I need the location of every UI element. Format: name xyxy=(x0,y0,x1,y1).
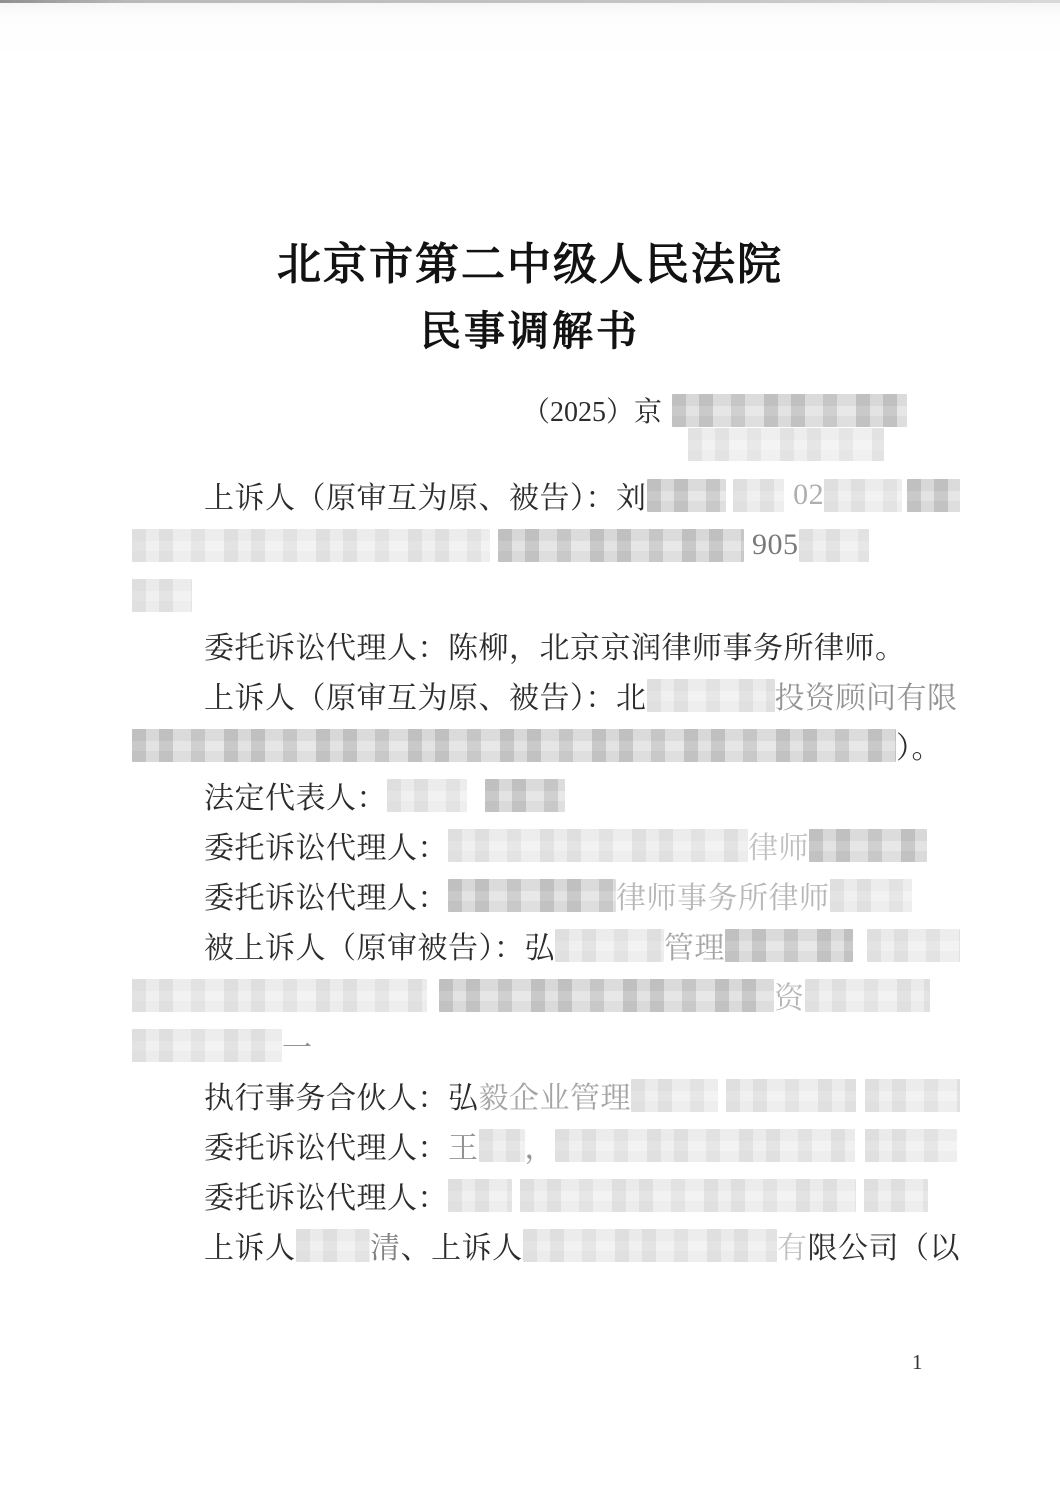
faint-text-fragment: 02 xyxy=(793,478,824,512)
text-segment: 法定代表人： xyxy=(204,773,387,817)
redacted-text-block xyxy=(439,979,774,1012)
text-segment: 、上诉人 xyxy=(401,1223,523,1267)
document-line: 资 xyxy=(132,970,960,1020)
text-segment: 上诉人（原审互为原、被告）：刘 xyxy=(204,473,647,517)
redacted-text-block xyxy=(387,779,467,812)
spacer xyxy=(856,1095,865,1096)
redacted-text-block xyxy=(865,1079,960,1112)
faint-text-fragment: 资 xyxy=(774,973,805,1017)
redacted-text-block xyxy=(647,479,727,512)
document-line: ）。 xyxy=(132,720,960,770)
redacted-text-block xyxy=(799,529,869,562)
text-segment: 上诉人 xyxy=(204,1223,296,1267)
redacted-text-block xyxy=(805,979,930,1012)
redacted-text-block xyxy=(132,1029,282,1062)
document-type-title: 民事调解书 xyxy=(0,298,1060,357)
spacer xyxy=(744,545,752,546)
redacted-text-block xyxy=(485,779,565,812)
document-line: 法定代表人： xyxy=(132,770,960,820)
redacted-text-block xyxy=(296,1229,371,1262)
document-line: 委托诉讼代理人：陈柳，北京京润律师事务所律师。 xyxy=(132,620,960,670)
photo-top-edge xyxy=(0,0,1060,3)
document-page: 北京市第二中级人民法院 民事调解书 （2025）京 上诉人（原审互为原、被告）：… xyxy=(0,0,1060,1512)
faint-text-fragment: 律师事务所律师 xyxy=(616,873,830,917)
faint-text-fragment: 王 xyxy=(448,1123,479,1167)
redacted-text-block xyxy=(498,529,744,562)
court-name-title: 北京市第二中级人民法院 xyxy=(0,228,1060,292)
redacted-text-block xyxy=(132,979,427,1012)
case-number-redaction xyxy=(672,394,907,427)
document-line: 905 xyxy=(132,520,960,570)
redacted-text-block xyxy=(479,1129,525,1162)
spacer xyxy=(853,945,867,946)
spacer xyxy=(856,1195,864,1196)
redacted-text-block xyxy=(733,479,784,512)
redacted-text-block xyxy=(132,579,192,612)
document-line: 委托诉讼代理人：律师 xyxy=(132,820,960,870)
document-line: 委托诉讼代理人： xyxy=(132,1170,960,1220)
page-number: 1 xyxy=(912,1350,923,1375)
faint-text-fragment: 投资顾问有限 xyxy=(775,673,958,717)
spacer xyxy=(718,1095,727,1096)
spacer xyxy=(490,545,498,546)
document-body: 上诉人（原审互为原、被告）：刘02905委托诉讼代理人：陈柳，北京京润律师事务所… xyxy=(132,470,960,1270)
redacted-text-block xyxy=(448,829,748,862)
text-segment: 委托诉讼代理人： xyxy=(204,823,448,867)
spacer xyxy=(427,995,439,996)
redacted-text-block xyxy=(647,679,775,712)
redacted-text-block xyxy=(830,879,912,912)
redacted-text-block xyxy=(809,829,927,862)
redacted-text-block xyxy=(523,1229,777,1262)
faint-text-fragment: 毅企业管理 xyxy=(479,1073,632,1117)
spacer xyxy=(467,795,485,796)
redacted-text-block xyxy=(824,479,902,512)
redacted-text-block xyxy=(520,1179,856,1212)
faint-text-fragment: 清 xyxy=(370,1223,401,1267)
text-segment: 委托诉讼代理人：陈柳，北京京润律师事务所律师。 xyxy=(204,623,906,667)
document-line: 执行事务合伙人：弘毅企业管理 xyxy=(132,1070,960,1120)
faint-text-fragment: 一 xyxy=(282,1023,313,1067)
redacted-text-block xyxy=(864,1179,928,1212)
document-line: 上诉人（原审互为原、被告）：刘02 xyxy=(132,470,960,520)
text-segment: 委托诉讼代理人： xyxy=(204,1173,448,1217)
text-segment: 限公司（以 xyxy=(808,1223,961,1267)
redacted-text-block xyxy=(448,1179,512,1212)
redacted-text-block xyxy=(907,479,960,512)
redacted-text-block xyxy=(555,1129,855,1162)
text-segment: 被上诉人（原审被告）：弘 xyxy=(204,923,555,967)
case-number-prefix: （2025）京 xyxy=(522,390,662,430)
text-segment: 上诉人（原审互为原、被告）：北 xyxy=(204,673,647,717)
text-segment: 委托诉讼代理人： xyxy=(204,1123,448,1167)
document-line xyxy=(132,570,960,620)
text-segment: ）。 xyxy=(896,723,942,767)
spacer xyxy=(784,495,793,496)
document-line: 上诉人（原审互为原、被告）：北投资顾问有限 xyxy=(132,670,960,720)
faint-text-fragment: 905 xyxy=(752,528,799,562)
faint-text-fragment: 律师 xyxy=(748,823,809,867)
document-line: 委托诉讼代理人：律师事务所律师 xyxy=(132,870,960,920)
document-line: 被上诉人（原审被告）：弘管理 xyxy=(132,920,960,970)
redacted-text-block xyxy=(132,529,490,562)
redacted-text-block xyxy=(865,1129,957,1162)
faint-text-fragment: 有 xyxy=(777,1223,808,1267)
redacted-text-block xyxy=(132,729,896,762)
redacted-text-block xyxy=(631,1079,718,1112)
spacer xyxy=(726,495,733,496)
text-segment: 委托诉讼代理人： xyxy=(204,873,448,917)
document-line: 委托诉讼代理人：王， xyxy=(132,1120,960,1170)
redacted-text-block xyxy=(867,929,960,962)
redacted-text-block xyxy=(448,879,616,912)
redacted-text-block xyxy=(726,1079,856,1112)
spacer xyxy=(512,1195,520,1196)
text-segment: 执行事务合伙人：弘 xyxy=(204,1073,479,1117)
faint-text-fragment: ， xyxy=(525,1123,556,1167)
document-line: 上诉人清、上诉人有限公司（以 xyxy=(132,1220,960,1270)
spacer xyxy=(855,1145,865,1146)
redacted-text-block xyxy=(725,929,853,962)
case-number-line: （2025）京 xyxy=(0,390,1060,430)
case-number-redaction-secondary xyxy=(688,428,884,461)
faint-text-fragment: 管理 xyxy=(664,923,725,967)
document-line: 一 xyxy=(132,1020,960,1070)
redacted-text-block xyxy=(555,929,664,962)
